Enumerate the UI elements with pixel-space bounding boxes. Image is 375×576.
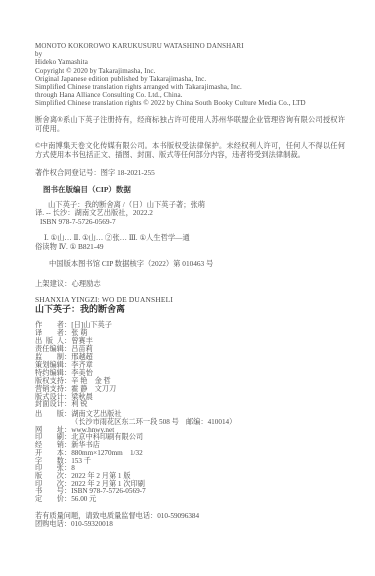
credit-row-cover-design: 封面设计：利 锐 bbox=[35, 401, 345, 409]
quality-footer: 若有质量问题，请致电质量监督电话：010-59096384 团购电话：010-5… bbox=[35, 512, 345, 529]
cip-classification: Ⅰ. ①山… Ⅱ. ①山… ②张… Ⅲ. ①人生哲学—通 俗读物 Ⅳ. ① B8… bbox=[35, 234, 345, 251]
cip-class-line: 俗读物 Ⅳ. ① B821-49 bbox=[35, 243, 345, 252]
credits-list: 作者：[日]山下英子 译者：张 萌 出版人：曾赛丰 责任编辑：吕苗莉 监制：邢越… bbox=[35, 322, 345, 409]
book-title: 山下英子：我的断舍离 bbox=[35, 304, 345, 314]
english-copyright-block: MONOTO KOKOROWO KARUKUSURU WATASHINO DAN… bbox=[35, 42, 345, 108]
quality-hotline-line: 若有质量问题，请致电质量监督电话：010-59096384 bbox=[35, 512, 345, 520]
credit-value: 霍 静 文刀刀 bbox=[71, 385, 116, 393]
pub-label: 定价 bbox=[35, 496, 64, 504]
cip-verification-line: 中国版本图书馆 CIP 数据核字（2022）第 010463 号 bbox=[35, 260, 345, 269]
byline: by bbox=[35, 50, 345, 58]
group-purchase-line: 团购电话：010-59320018 bbox=[35, 520, 345, 528]
author-romaji: Hideko Yamashita bbox=[35, 58, 345, 66]
cip-isbn-line: ISBN 978-7-5726-0569-7 bbox=[35, 218, 345, 227]
copyright-page: MONOTO KOKOROWO KARUKUSURU WATASHINO DAN… bbox=[0, 0, 375, 576]
original-edition-line: Original Japanese edition published by T… bbox=[35, 75, 345, 83]
chinese-rights-line: Simplified Chinese translation rights © … bbox=[35, 99, 345, 107]
credit-label: 封面设计 bbox=[35, 401, 64, 409]
credit-value: 吕苗莉 bbox=[71, 345, 93, 353]
trademark-notice: 断舍离®系山下英子注册持有，经商标独占许可使用人苏州华联盟企业管理咨询有限公司授… bbox=[35, 115, 345, 133]
pub-row-price: 定价：56.00 元 bbox=[35, 496, 345, 504]
shelf-suggestion: 上架建议：心理励志 bbox=[35, 280, 345, 289]
registration-number-line: 著作权合同登记号：图字 18-2021-255 bbox=[35, 168, 345, 177]
copyright-notice: ©中南博集天卷文化传媒有限公司。本书版权受法律保护。未经权利人许可，任何人不得以… bbox=[35, 141, 345, 159]
pub-value: 56.00 元 bbox=[71, 495, 96, 503]
credit-value: 利 锐 bbox=[71, 400, 87, 408]
agency-line: through Hana Alliance Consulting Co. Ltd… bbox=[35, 91, 345, 99]
pub-row-word-count: 字数：153 千 bbox=[35, 458, 345, 466]
cip-header: 图书在版编目（CIP）数据 bbox=[35, 184, 345, 195]
translation-rights-line: Simplified Chinese translation rights ar… bbox=[35, 83, 345, 91]
credit-value: 邢越超 bbox=[71, 353, 93, 361]
credit-value: 辛 艳 金 哲 bbox=[71, 377, 111, 385]
publishing-info-list: 出版：湖南文艺出版社 （长沙市雨花区东二环一段 508 号 邮编：410014）… bbox=[35, 411, 345, 503]
copyright-line: Copyright © 2020 by Takarajimasha, Inc. bbox=[35, 67, 345, 75]
cip-data-block: 山下英子：我的断舍离 /（日）山下英子著；张萌 译. -- 长沙：湖南文艺出版社… bbox=[35, 201, 345, 227]
credit-value: 李齐章 bbox=[71, 361, 93, 369]
pub-label: 出版 bbox=[35, 411, 64, 419]
credit-value: 曾赛丰 bbox=[71, 337, 93, 345]
original-title-romaji: MONOTO KOKOROWO KARUKUSURU WATASHINO DAN… bbox=[35, 42, 345, 50]
credit-value: 李美怡 bbox=[71, 369, 93, 377]
